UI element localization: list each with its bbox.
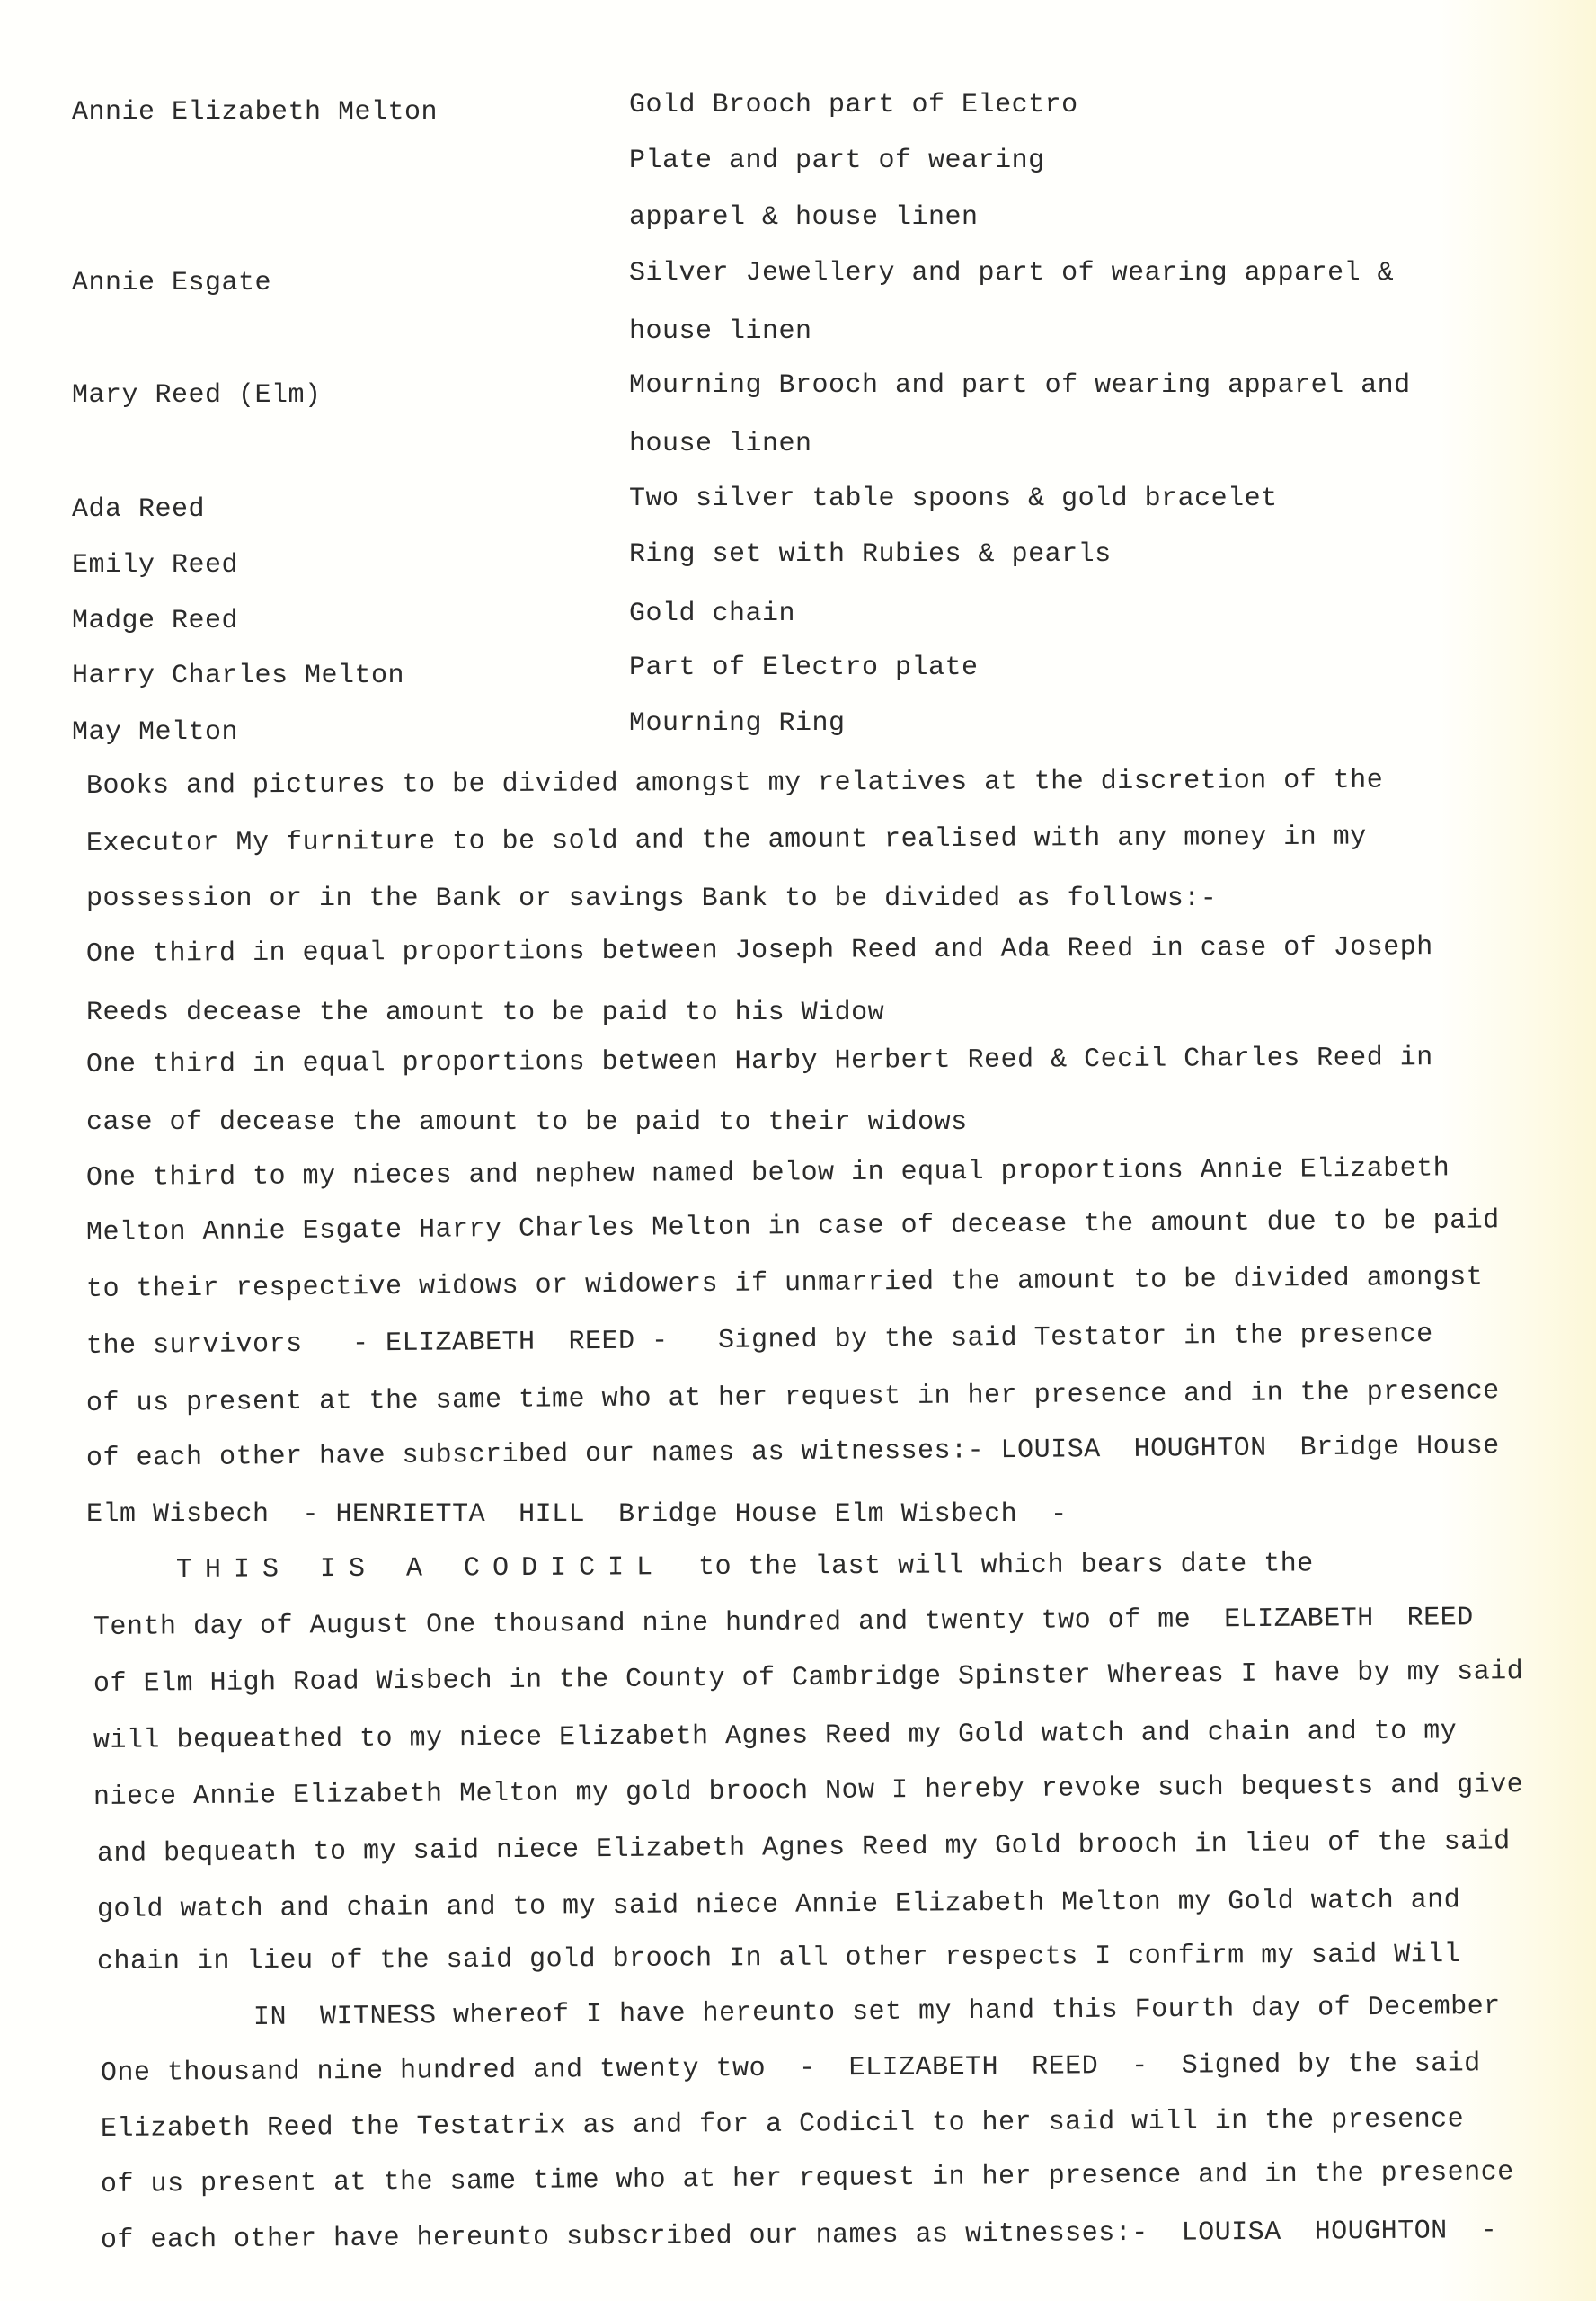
- bequest-item: Gold Brooch part of Electro: [629, 90, 1078, 120]
- body-line: One third in equal proportions between H…: [86, 1043, 1433, 1080]
- body-line: to their respective widows or widowers i…: [86, 1262, 1483, 1305]
- bequest-item: Ring set with Rubies & pearls: [629, 539, 1112, 570]
- body-line: possession or in the Bank or savings Ban…: [86, 884, 1217, 914]
- codicil-heading-line: THIS IS A CODICIL to the last will which…: [176, 1549, 1314, 1586]
- witness-heading-line: IN WITNESS whereof I have hereunto set m…: [253, 1992, 1501, 2033]
- body-line: the survivors - ELIZABETH REED - Signed …: [86, 1319, 1433, 1362]
- typed-will-page: Annie Elizabeth Melton Gold Brooch part …: [0, 0, 1596, 2301]
- codicil-line: chain in lieu of the said gold brooch In…: [97, 1940, 1460, 1977]
- bequest-item: Mourning Ring: [629, 708, 846, 739]
- body-line: of each other have subscribed our names …: [86, 1431, 1500, 1474]
- bequest-item: house linen: [629, 316, 812, 347]
- body-line: Reeds decease the amount to be paid to h…: [86, 998, 884, 1028]
- codicil-line: and bequeath to my said niece Elizabeth …: [97, 1826, 1511, 1870]
- bequest-item: Part of Electro plate: [629, 653, 979, 683]
- bequest-name: Madge Reed: [72, 606, 238, 636]
- codicil-line: will bequeathed to my niece Elizabeth Ag…: [93, 1716, 1457, 1756]
- bequest-item: house linen: [629, 429, 812, 459]
- bequest-name: Annie Elizabeth Melton: [72, 97, 438, 128]
- bequest-item: Gold chain: [629, 599, 795, 629]
- body-line: case of decease the amount to be paid to…: [86, 1107, 968, 1138]
- codicil-line: niece Annie Elizabeth Melton my gold bro…: [93, 1770, 1524, 1813]
- body-line: One third to my nieces and nephew named …: [86, 1153, 1450, 1194]
- bequest-name: Ada Reed: [72, 494, 205, 525]
- witness-line: of each other have hereunto subscribed o…: [101, 2216, 1497, 2256]
- codicil-heading: THIS IS A CODICIL: [176, 1552, 665, 1586]
- body-line: One third in equal proportions between J…: [86, 932, 1433, 970]
- witness-heading-rest: whereof I have hereunto set my hand this…: [436, 1992, 1500, 2031]
- witness-line: One thousand nine hundred and twenty two…: [101, 2048, 1481, 2089]
- bequest-name: Harry Charles Melton: [72, 661, 404, 691]
- bequest-item: apparel & house linen: [629, 202, 979, 233]
- codicil-line: Tenth day of August One thousand nine hu…: [93, 1603, 1474, 1643]
- codicil-line: of Elm High Road Wisbech in the County o…: [93, 1657, 1524, 1700]
- witness-heading: IN WITNESS: [253, 2001, 437, 2033]
- bequest-name: Emily Reed: [72, 550, 238, 581]
- bequest-item: Silver Jewellery and part of wearing app…: [629, 258, 1394, 289]
- bequest-item: Two silver table spoons & gold bracelet: [629, 484, 1278, 514]
- bequest-name: May Melton: [72, 717, 238, 748]
- body-line: Melton Annie Esgate Harry Charles Melton…: [86, 1205, 1500, 1248]
- witness-line: of us present at the same time who at he…: [101, 2157, 1514, 2200]
- body-line: Executor My furniture to be sold and the…: [86, 822, 1367, 859]
- bequest-name: Annie Esgate: [72, 268, 271, 298]
- witness-line: Elizabeth Reed the Testatrix as and for …: [101, 2104, 1464, 2145]
- bequest-item: Plate and part of wearing: [629, 146, 1045, 176]
- codicil-heading-rest: to the last will which bears date the: [698, 1549, 1314, 1583]
- codicil-line: gold watch and chain and to my said niec…: [97, 1885, 1460, 1925]
- body-line: of us present at the same time who at he…: [86, 1376, 1500, 1419]
- bequest-name: Mary Reed (Elm): [72, 380, 322, 411]
- body-line: Elm Wisbech - HENRIETTA HILL Bridge Hous…: [86, 1499, 1068, 1530]
- bequest-item: Mourning Brooch and part of wearing appa…: [629, 370, 1411, 401]
- body-line: Books and pictures to be divided amongst…: [86, 766, 1383, 802]
